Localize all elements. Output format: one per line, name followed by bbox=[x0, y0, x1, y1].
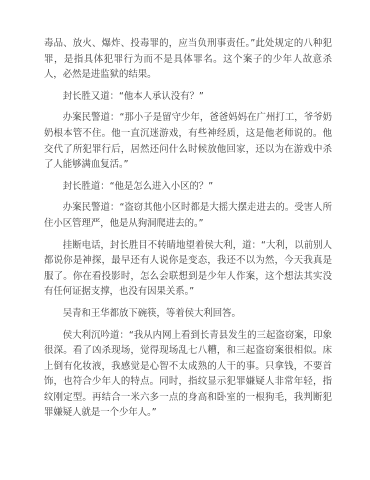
paragraph: 毒品、放火、爆炸、投毒罪的，应当负刑事责任。”此处规定的八种犯罪，是指具体犯罪行… bbox=[44, 36, 332, 83]
reading-area[interactable]: 毒品、放火、爆炸、投毒罪的，应当负刑事责任。”此处规定的八种犯罪，是指具体犯罪行… bbox=[0, 0, 370, 421]
book-page: 毒品、放火、爆炸、投毒罪的，应当负刑事责任。”此处规定的八种犯罪，是指具体犯罪行… bbox=[0, 0, 370, 480]
paragraph: 封长胜又道：“他本人承认没有？” bbox=[44, 89, 332, 105]
paragraph: 侯大利沉吟道：“我从内网上看到长青县发生的三起盗窃案，印象很深。看了凶杀现场，觉… bbox=[44, 328, 332, 422]
paragraph: 封长胜道：“他是怎么进入小区的？” bbox=[44, 179, 332, 195]
paragraph: 挂断电话，封长胜目不转睛地望着侯大利，道：“大利，以前别人都说你是神探，最早还有… bbox=[44, 238, 332, 300]
paragraph: 办案民警道：“那小子是留守少年，爸爸妈妈在广州打工，爷爷奶奶根本管不住。他一直沉… bbox=[44, 110, 332, 172]
paragraph: 吴青和王华都放下碗筷，等着侯大利回答。 bbox=[44, 306, 332, 322]
paragraph: 办案民警道：“盗窃其他小区时都是大摇大摆走进去的。受害人所住小区管理严，他是从狗… bbox=[44, 200, 332, 231]
